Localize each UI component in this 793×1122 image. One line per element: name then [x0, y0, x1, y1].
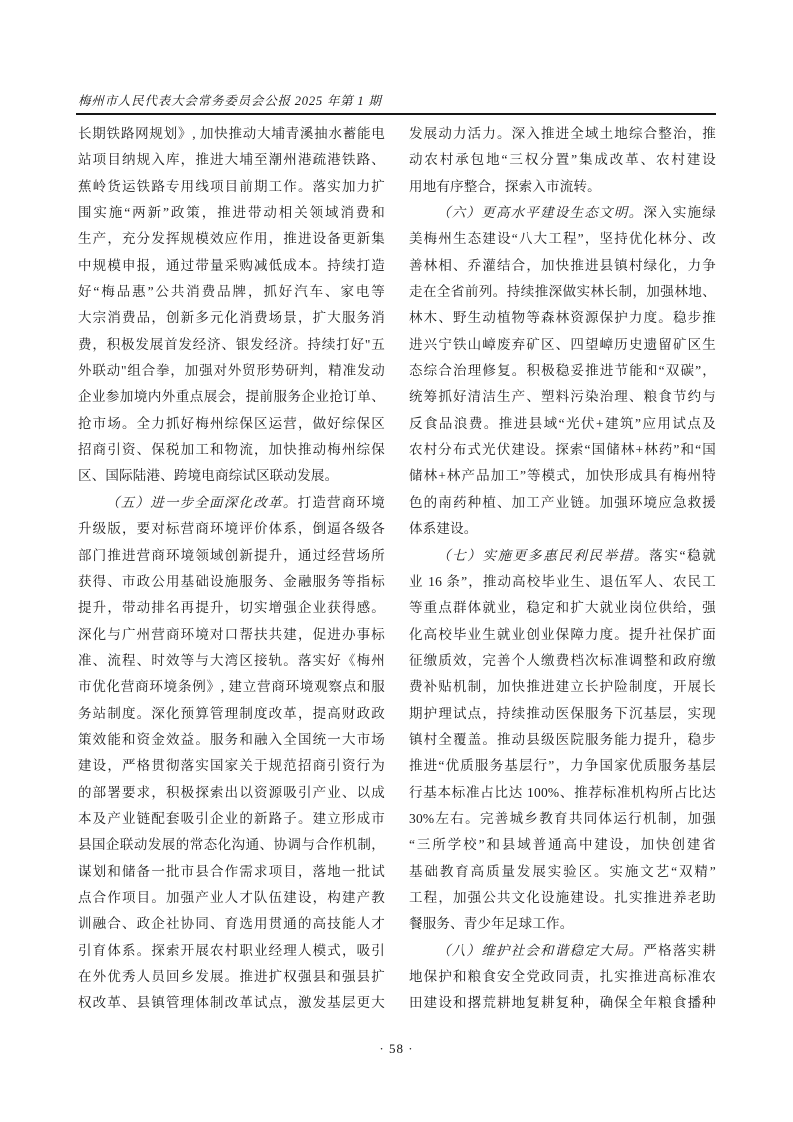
text-line: 进兴宁铁山嶂废弃矿区、四望嶂历史遗留矿区生	[409, 332, 716, 358]
text-line: 的部署要求，积极探索出以资源吸引产业、以成	[78, 780, 385, 806]
line-text: 训融合、政企社协同、育选用贯通的高技能人才	[78, 916, 385, 931]
text-line: 色的南药种植、加工产业链。加强环境应急救援	[409, 490, 716, 516]
line-text: 长期铁路网规划》, 加快推动大埔青溪抽水蓄能电	[78, 126, 385, 141]
column-right: 发展动力活力。深入推进全域土地综合整治，推动农村承包地“三权分置”集成改革、农村…	[409, 121, 716, 1017]
page-footer: · 58 ·	[0, 1041, 793, 1057]
line-text: 深化与广州营商环境对口帮扶共建，促进办事标	[78, 627, 385, 642]
text-line: 训融合、政企社协同、育选用贯通的高技能人才	[78, 911, 385, 937]
text-line: 田建设和撂荒耕地复耕复种，确保全年粮食播种	[409, 990, 716, 1016]
line-text: 行基本标准占比达 100%、推荐标准机构所占比达	[409, 785, 716, 800]
text-line: 县国企联动发展的常态化沟通、协调与合作机制，	[78, 832, 385, 858]
text-line: 权改革、县镇管理体制改革试点，激发基层更大	[78, 990, 385, 1016]
text-line: 招商引资、保税加工和物流，加快推动梅州综保	[78, 437, 385, 463]
line-text: 提升，带动排名再提升，切实增强企业获得感。	[78, 600, 385, 615]
text-line: 提升，带动排名再提升，切实增强企业获得感。	[78, 595, 385, 621]
line-text: 基础教育高质量发展实验区。实施文艺“双精”	[409, 864, 716, 879]
line-text: 田建设和撂荒耕地复耕复种，确保全年粮食播种	[409, 995, 716, 1010]
text-line: 基础教育高质量发展实验区。实施文艺“双精”	[409, 859, 716, 885]
line-text: 大宗消费品，创新多元化消费场景，扩大服务消	[78, 310, 385, 325]
text-line: 蕉岭货运铁路专用线项目前期工作。落实加力扩	[78, 174, 385, 200]
line-text: 县国企联动发展的常态化沟通、协调与合作机制，	[78, 837, 385, 852]
text-line: 本及产业链配套吸引企业的新路子。建立形成市	[78, 806, 385, 832]
header-title: 梅州市人民代表大会常务委员会公报 2025 年第 1 期	[78, 94, 382, 108]
line-text: 本及产业链配套吸引企业的新路子。建立形成市	[78, 811, 385, 826]
line-text: 蕉岭货运铁路专用线项目前期工作。落实加力扩	[78, 179, 385, 194]
paragraph-lead: （五）进一步全面深化改革。	[106, 495, 298, 510]
text-line: 外联动"组合拳，加强对外贸形势研判，精准发动	[78, 358, 385, 384]
line-text: 30%左右。完善城乡教育共同体运行机制，加强	[409, 811, 716, 826]
text-line: 30%左右。完善城乡教育共同体运行机制，加强	[409, 806, 716, 832]
text-line: 费补贴机制，加快推进建立长护险制度，开展长	[409, 674, 716, 700]
line-text: 反食品浪费。推进县域“光伏+建筑”应用试点及	[409, 416, 716, 431]
text-line: 大宗消费品，创新多元化消费场景，扩大服务消	[78, 305, 385, 331]
text-line: （六）更高水平建设生态文明。深入实施绿	[409, 200, 716, 226]
text-line: 在外优秀人员回乡发展。推进扩权强县和强县扩	[78, 964, 385, 990]
text-line: 餐服务、青少年足球工作。	[409, 911, 716, 937]
text-line: 储林+林产品加工”等模式，加快形成具有梅州特	[409, 463, 716, 489]
text-line: 行基本标准占比达 100%、推荐标准机构所占比达	[409, 780, 716, 806]
text-line: 镇村全覆盖。推动县级医院服务能力提升，稳步	[409, 727, 716, 753]
line-text: 动农村承包地“三权分置”集成改革、农村建设	[409, 152, 716, 167]
text-line: 建设，严格贯彻落实国家关于规范招商引资行为	[78, 753, 385, 779]
line-text: 权改革、县镇管理体制改革试点，激发基层更大	[78, 995, 385, 1010]
line-text: 市优化营商环境条例》, 建立营商环境观察点和服	[78, 679, 385, 694]
line-text: 围实施“两新”政策，推进带动相关领域消费和	[78, 205, 385, 220]
line-text: 打造营商环境	[298, 495, 385, 510]
line-text: 建设，严格贯彻落实国家关于规范招商引资行为	[78, 758, 385, 773]
paragraph-lead: （六）更高水平建设生态文明。	[437, 205, 643, 220]
text-line: 用地有序整合，探索入市流转。	[409, 174, 716, 200]
text-line: 走在全省前列。持续推深做实林长制，加强林地、	[409, 279, 716, 305]
text-line: 动农村承包地“三权分置”集成改革、农村建设	[409, 147, 716, 173]
text-line: 深化与广州营商环境对口帮扶共建，促进办事标	[78, 622, 385, 648]
line-text: 外联动"组合拳，加强对外贸形势研判，精准发动	[78, 363, 385, 378]
text-line: 站项目纳规入库，推进大埔至潮州港疏港铁路、	[78, 147, 385, 173]
line-text: 好“梅品惠”公共消费品牌，抓好汽车、家电等	[78, 284, 385, 299]
text-line: 市优化营商环境条例》, 建立营商环境观察点和服	[78, 674, 385, 700]
document-page: 梅州市人民代表大会常务委员会公报 2025 年第 1 期 长期铁路网规划》, 加…	[0, 0, 793, 1122]
line-text: 美梅州生态建设“八大工程”，坚持优化林分、改	[409, 231, 716, 246]
text-line: 推进“优质服务基层行”，力争国家优质服务基层	[409, 753, 716, 779]
line-text: 抢市场。全力抓好梅州综保区运营，做好综保区	[78, 416, 385, 431]
text-line: 业 16 条”，推动高校毕业生、退伍军人、农民工	[409, 569, 716, 595]
line-text: 征缴质效，完善个人缴费档次标准调整和政府缴	[409, 653, 716, 668]
line-text: 区、国际陆港、跨境电商综试区联动发展。	[78, 468, 338, 483]
line-text: 部门推进营商环境领域创新提升，通过经营场所	[78, 548, 385, 563]
line-text: 统筹抓好清洁生产、塑料污染治理、粮食节约与	[409, 389, 716, 404]
text-line: 农村分布式光伏建设。探索“国储林+林药”和“国	[409, 437, 716, 463]
text-line: 企业参加境内外重点展会，提前服务企业抢订单、	[78, 384, 385, 410]
text-line: 期护理试点，持续推动医保服务下沉基层，实现	[409, 701, 716, 727]
line-text: 生产，充分发挥规模效应作用，推进设备更新集	[78, 231, 385, 246]
page-header: 梅州市人民代表大会常务委员会公报 2025 年第 1 期	[78, 91, 718, 109]
text-line: 获得、市政公用基础设施服务、金融服务等指标	[78, 569, 385, 595]
line-text: 费，积极发展首发经济、银发经济。持续打好"五	[78, 337, 385, 352]
line-text: 引育体系。探索开展农村职业经理人模式，吸引	[78, 943, 385, 958]
line-text: 升级版，要对标营商环境评价体系，倒逼各级各	[78, 521, 385, 536]
line-text: 善林相、乔灌结合，加快推进县镇村绿化，力争	[409, 258, 716, 273]
line-text: 深入实施绿	[643, 205, 716, 220]
text-line: 务站制度。深化预算管理制度改革，提高财政政	[78, 701, 385, 727]
text-line: 费，积极发展首发经济、银发经济。持续打好"五	[78, 332, 385, 358]
text-line: 中规模申报，通过带量采购减低成本。持续打造	[78, 253, 385, 279]
column-left: 长期铁路网规划》, 加快推动大埔青溪抽水蓄能电站项目纳规入库，推进大埔至潮州港疏…	[78, 121, 385, 1017]
text-line: 区、国际陆港、跨境电商综试区联动发展。	[78, 463, 385, 489]
line-text: 业 16 条”，推动高校毕业生、退伍军人、农民工	[409, 574, 716, 589]
line-text: 化高校毕业生就业创业保障力度。提升社保扩面	[409, 627, 716, 642]
line-text: 进兴宁铁山嶂废弃矿区、四望嶂历史遗留矿区生	[409, 337, 716, 352]
line-text: 期护理试点，持续推动医保服务下沉基层，实现	[409, 706, 716, 721]
line-text: 地保护和粮食安全党政同责，扎实推进高标准农	[409, 969, 716, 984]
text-line: 抢市场。全力抓好梅州综保区运营，做好综保区	[78, 411, 385, 437]
line-text: 站项目纳规入库，推进大埔至潮州港疏港铁路、	[78, 152, 385, 167]
text-line: 升级版，要对标营商环境评价体系，倒逼各级各	[78, 516, 385, 542]
text-line: 准、流程、时效等与大湾区接轨。落实好《梅州	[78, 648, 385, 674]
text-line: （八）维护社会和谐稳定大局。严格落实耕	[409, 938, 716, 964]
paragraph-lead: （八）维护社会和谐稳定大局。	[437, 943, 643, 958]
line-text: 获得、市政公用基础设施服务、金融服务等指标	[78, 574, 385, 589]
text-line: 部门推进营商环境领域创新提升，通过经营场所	[78, 543, 385, 569]
line-text: 储林+林产品加工”等模式，加快形成具有梅州特	[409, 468, 716, 483]
line-text: 等重点群体就业，稳定和扩大就业岗位供给，强	[409, 600, 716, 615]
text-line: “三所学校”和县域普通高中建设，加快创建省	[409, 832, 716, 858]
line-text: 费补贴机制，加快推进建立长护险制度，开展长	[409, 679, 716, 694]
text-line: 策效能和资金效益。服务和融入全国统一大市场	[78, 727, 385, 753]
line-text: 农村分布式光伏建设。探索“国储林+林药”和“国	[409, 442, 716, 457]
line-text: 林木、野生动植物等森林资源保护力度。稳步推	[409, 310, 716, 325]
line-text: 点合作项目。加强产业人才队伍建设，构建产教	[78, 890, 385, 905]
text-line: 围实施“两新”政策，推进带动相关领域消费和	[78, 200, 385, 226]
text-line: 点合作项目。加强产业人才队伍建设，构建产教	[78, 885, 385, 911]
line-text: 准、流程、时效等与大湾区接轨。落实好《梅州	[78, 653, 385, 668]
text-line: 体系建设。	[409, 516, 716, 542]
line-text: 落实“稳就	[649, 548, 716, 563]
page-number: · 58 ·	[379, 1041, 413, 1056]
line-text: “三所学校”和县域普通高中建设，加快创建省	[409, 837, 716, 852]
text-line: 善林相、乔灌结合，加快推进县镇村绿化，力争	[409, 253, 716, 279]
line-text: 发展动力活力。深入推进全域土地综合整治，推	[409, 126, 716, 141]
text-line: 化高校毕业生就业创业保障力度。提升社保扩面	[409, 622, 716, 648]
header-rule	[76, 113, 716, 115]
text-columns: 长期铁路网规划》, 加快推动大埔青溪抽水蓄能电站项目纳规入库，推进大埔至潮州港疏…	[78, 121, 716, 1017]
line-text: 严格落实耕	[643, 943, 716, 958]
line-text: 工程，加强公共文化设施建设。扎实推进养老助	[409, 890, 716, 905]
text-line: 引育体系。探索开展农村职业经理人模式，吸引	[78, 938, 385, 964]
line-text: 走在全省前列。持续推深做实林长制，加强林地、	[409, 284, 716, 299]
line-text: 务站制度。深化预算管理制度改革，提高财政政	[78, 706, 385, 721]
text-line: 发展动力活力。深入推进全域土地综合整治，推	[409, 121, 716, 147]
text-line: （七）实施更多惠民利民举措。落实“稳就	[409, 543, 716, 569]
text-line: 工程，加强公共文化设施建设。扎实推进养老助	[409, 885, 716, 911]
text-line: 地保护和粮食安全党政同责，扎实推进高标准农	[409, 964, 716, 990]
text-line: 等重点群体就业，稳定和扩大就业岗位供给，强	[409, 595, 716, 621]
line-text: 体系建设。	[409, 521, 478, 536]
text-line: 统筹抓好清洁生产、塑料污染治理、粮食节约与	[409, 384, 716, 410]
line-text: 推进“优质服务基层行”，力争国家优质服务基层	[409, 758, 716, 773]
line-text: 色的南药种植、加工产业链。加强环境应急救援	[409, 495, 716, 510]
text-line: （五）进一步全面深化改革。打造营商环境	[78, 490, 385, 516]
line-text: 态综合治理修复。积极稳妥推进节能和“双碳”，	[409, 363, 716, 378]
text-line: 生产，充分发挥规模效应作用，推进设备更新集	[78, 226, 385, 252]
line-text: 镇村全覆盖。推动县级医院服务能力提升，稳步	[409, 732, 716, 747]
text-line: 谋划和储备一批市县合作需求项目，落地一批试	[78, 859, 385, 885]
line-text: 策效能和资金效益。服务和融入全国统一大市场	[78, 732, 385, 747]
text-line: 林木、野生动植物等森林资源保护力度。稳步推	[409, 305, 716, 331]
text-line: 反食品浪费。推进县域“光伏+建筑”应用试点及	[409, 411, 716, 437]
line-text: 在外优秀人员回乡发展。推进扩权强县和强县扩	[78, 969, 385, 984]
line-text: 餐服务、青少年足球工作。	[409, 916, 573, 931]
text-line: 长期铁路网规划》, 加快推动大埔青溪抽水蓄能电	[78, 121, 385, 147]
line-text: 中规模申报，通过带量采购减低成本。持续打造	[78, 258, 385, 273]
text-line: 好“梅品惠”公共消费品牌，抓好汽车、家电等	[78, 279, 385, 305]
text-line: 态综合治理修复。积极稳妥推进节能和“双碳”，	[409, 358, 716, 384]
line-text: 的部署要求，积极探索出以资源吸引产业、以成	[78, 785, 385, 800]
text-line: 征缴质效，完善个人缴费档次标准调整和政府缴	[409, 648, 716, 674]
line-text: 招商引资、保税加工和物流，加快推动梅州综保	[78, 442, 385, 457]
line-text: 用地有序整合，探索入市流转。	[409, 179, 601, 194]
line-text: 谋划和储备一批市县合作需求项目，落地一批试	[78, 864, 385, 879]
text-line: 美梅州生态建设“八大工程”，坚持优化林分、改	[409, 226, 716, 252]
paragraph-lead: （七）实施更多惠民利民举措。	[437, 548, 649, 563]
line-text: 企业参加境内外重点展会，提前服务企业抢订单、	[78, 389, 385, 404]
